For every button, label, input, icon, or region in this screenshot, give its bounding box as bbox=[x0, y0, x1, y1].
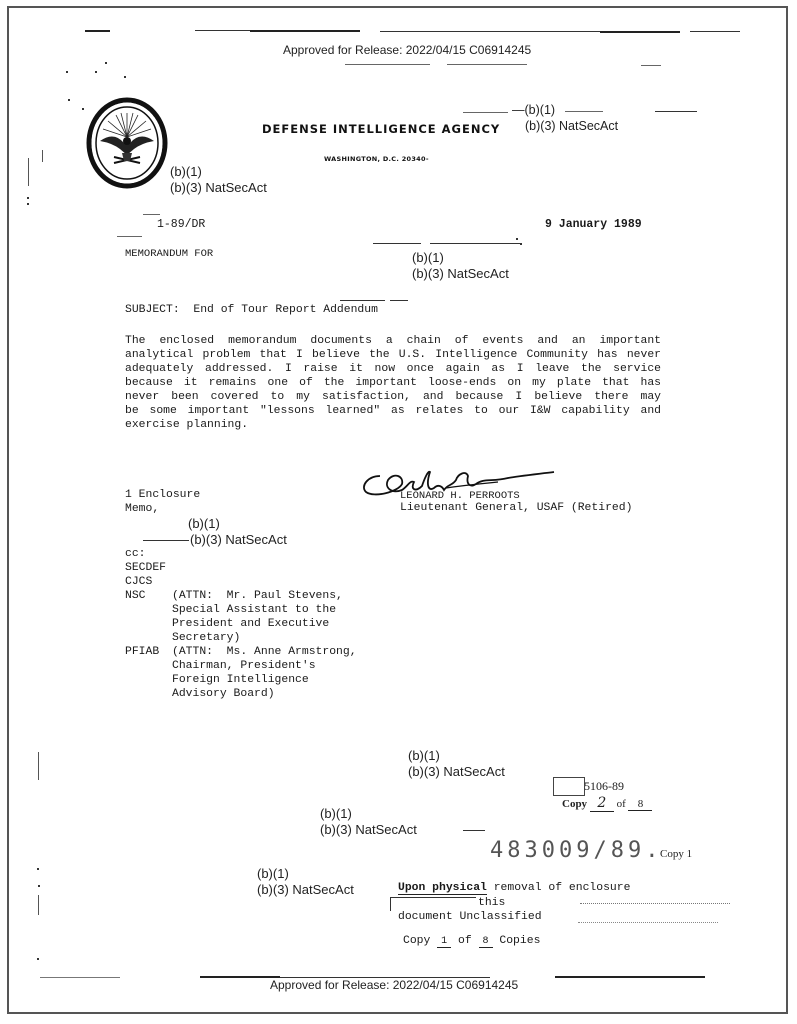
scan-mark bbox=[38, 752, 39, 780]
scan-speck bbox=[66, 71, 68, 73]
removal-line-3: document Unclassified bbox=[398, 911, 542, 923]
exemption-memo-1: (b)(1) bbox=[412, 250, 444, 265]
scan-speck bbox=[124, 76, 126, 78]
scan-speck bbox=[95, 71, 97, 73]
removal-line-1: Upon physical removal of enclosure bbox=[398, 882, 630, 894]
body-line: analytical problem that I believe the U.… bbox=[125, 348, 661, 362]
copy-total: 8 bbox=[628, 798, 652, 811]
scan-speck bbox=[37, 868, 39, 870]
redaction-line bbox=[447, 64, 527, 65]
memo-date: 9 January 1989 bbox=[545, 218, 642, 231]
redaction-line bbox=[345, 64, 430, 65]
exemption-enclosure-1: (b)(1) bbox=[188, 516, 220, 531]
body-line: because it remains one of the important … bbox=[125, 376, 661, 390]
exemption-enclosure-2: (b)(3) NatSecAct bbox=[190, 532, 287, 547]
enclosure-memo: Memo, bbox=[125, 503, 159, 515]
subject-line: SUBJECT: End of Tour Report Addendum bbox=[125, 304, 378, 316]
scan-speck bbox=[27, 203, 29, 205]
scan-speck bbox=[516, 238, 518, 240]
redaction-line bbox=[340, 300, 385, 301]
scan-speck bbox=[27, 197, 29, 199]
redaction-line bbox=[463, 112, 508, 113]
scan-speck bbox=[38, 885, 40, 887]
redaction-line bbox=[463, 830, 485, 831]
memorandum-for: MEMORANDUM FOR bbox=[125, 248, 213, 260]
redaction-line bbox=[85, 30, 110, 32]
redaction-box bbox=[553, 777, 585, 796]
bracket-mark bbox=[390, 897, 391, 911]
scan-speck bbox=[105, 62, 107, 64]
exemption-control-a-2: (b)(3) NatSecAct bbox=[408, 764, 505, 779]
redaction-line bbox=[250, 30, 360, 32]
scan-mark bbox=[38, 895, 39, 915]
cc-entry-nsc: NSC (ATTN: Mr. Paul Stevens, Special Ass… bbox=[125, 589, 357, 645]
scan-speck bbox=[520, 243, 522, 245]
subject-text: End of Tour Report Addendum bbox=[193, 304, 378, 316]
exemption-control-a-1: (b)(1) bbox=[408, 748, 440, 763]
bracket-mark bbox=[390, 897, 476, 898]
redaction-line bbox=[390, 300, 408, 301]
control-doc-number: 5106-89 bbox=[584, 779, 624, 794]
control-copy-line: Copy 2 of 8 bbox=[562, 795, 652, 812]
stamp-copy: Copy 1 bbox=[660, 848, 692, 860]
faint-marks bbox=[580, 903, 730, 904]
cc-entry-cjcs: CJCS bbox=[125, 575, 357, 589]
redaction-line bbox=[373, 243, 421, 244]
removal-line-2: this bbox=[478, 897, 505, 909]
body-line: be some important "lessons learned" as r… bbox=[125, 404, 661, 418]
body-line: adequately addressed. I raise it now onc… bbox=[125, 362, 661, 376]
exemption-top-2: (b)(3) NatSecAct bbox=[525, 119, 618, 134]
exemption-control-b-1: (b)(1) bbox=[320, 806, 352, 821]
scan-speck bbox=[82, 108, 84, 110]
memo-body: The enclosed memorandum documents a chai… bbox=[125, 334, 661, 432]
exemption-control-c-2: (b)(3) NatSecAct bbox=[257, 882, 354, 897]
cc-label: cc: bbox=[125, 547, 357, 561]
scan-speck bbox=[37, 958, 39, 960]
release-footer: Approved for Release: 2022/04/15 C069142… bbox=[270, 978, 518, 992]
agency-address: WASHINGTON, D.C. 20340- bbox=[324, 155, 429, 163]
copy-number: 2 bbox=[590, 795, 614, 812]
scan-mark bbox=[28, 158, 29, 186]
redaction-line bbox=[690, 31, 740, 32]
dod-seal-icon bbox=[86, 97, 168, 189]
body-line: The enclosed memorandum documents a chai… bbox=[125, 334, 661, 348]
redaction-line bbox=[555, 976, 705, 978]
exemption-seal-1: (b)(1) bbox=[170, 164, 202, 179]
copies-line: Copy 1 of 8 Copies bbox=[403, 935, 540, 948]
cc-entry-pfiab: PFIAB (ATTN: Ms. Anne Armstrong, Chairma… bbox=[125, 645, 357, 701]
exemption-top-1: —(b)(1) bbox=[512, 103, 555, 118]
scan-mark bbox=[42, 150, 43, 162]
exemption-seal-2: (b)(3) NatSecAct bbox=[170, 180, 267, 195]
redaction-line bbox=[200, 976, 280, 978]
body-line: never been covered to my satisfaction, a… bbox=[125, 390, 661, 404]
enclosure-count: 1 Enclosure bbox=[125, 489, 200, 501]
agency-name: DEFENSE INTELLIGENCE AGENCY bbox=[262, 122, 500, 136]
exemption-control-b-2: (b)(3) NatSecAct bbox=[320, 822, 417, 837]
exemption-memo-2: (b)(3) NatSecAct bbox=[412, 266, 509, 281]
redaction-line bbox=[641, 65, 661, 66]
cc-entry-secdef: SECDEF bbox=[125, 561, 357, 575]
signer-name: LEONARD H. PERROOTS bbox=[400, 490, 520, 502]
exemption-control-c-1: (b)(1) bbox=[257, 866, 289, 881]
subject-label: SUBJECT: bbox=[125, 304, 180, 316]
memo-reference: 1-89/DR bbox=[157, 218, 205, 231]
scan-speck bbox=[68, 99, 70, 101]
redaction-line bbox=[117, 236, 142, 237]
redaction-line bbox=[380, 31, 600, 32]
body-line: exercise planning. bbox=[125, 418, 661, 432]
redaction-line bbox=[195, 30, 250, 31]
faint-marks bbox=[578, 922, 718, 923]
cc-list: cc: SECDEF CJCS NSC (ATTN: Mr. Paul Stev… bbox=[125, 547, 357, 701]
redaction-line bbox=[143, 214, 160, 215]
stamp-number: 483009/89. bbox=[490, 838, 662, 863]
release-header: Approved for Release: 2022/04/15 C069142… bbox=[283, 43, 531, 57]
redaction-line bbox=[655, 111, 697, 112]
redaction-line bbox=[430, 243, 520, 244]
redaction-line bbox=[600, 31, 680, 33]
redaction-line bbox=[40, 977, 120, 978]
redaction-line bbox=[565, 111, 603, 112]
signer-title: Lieutenant General, USAF (Retired) bbox=[400, 502, 632, 514]
redaction-line bbox=[143, 540, 189, 541]
